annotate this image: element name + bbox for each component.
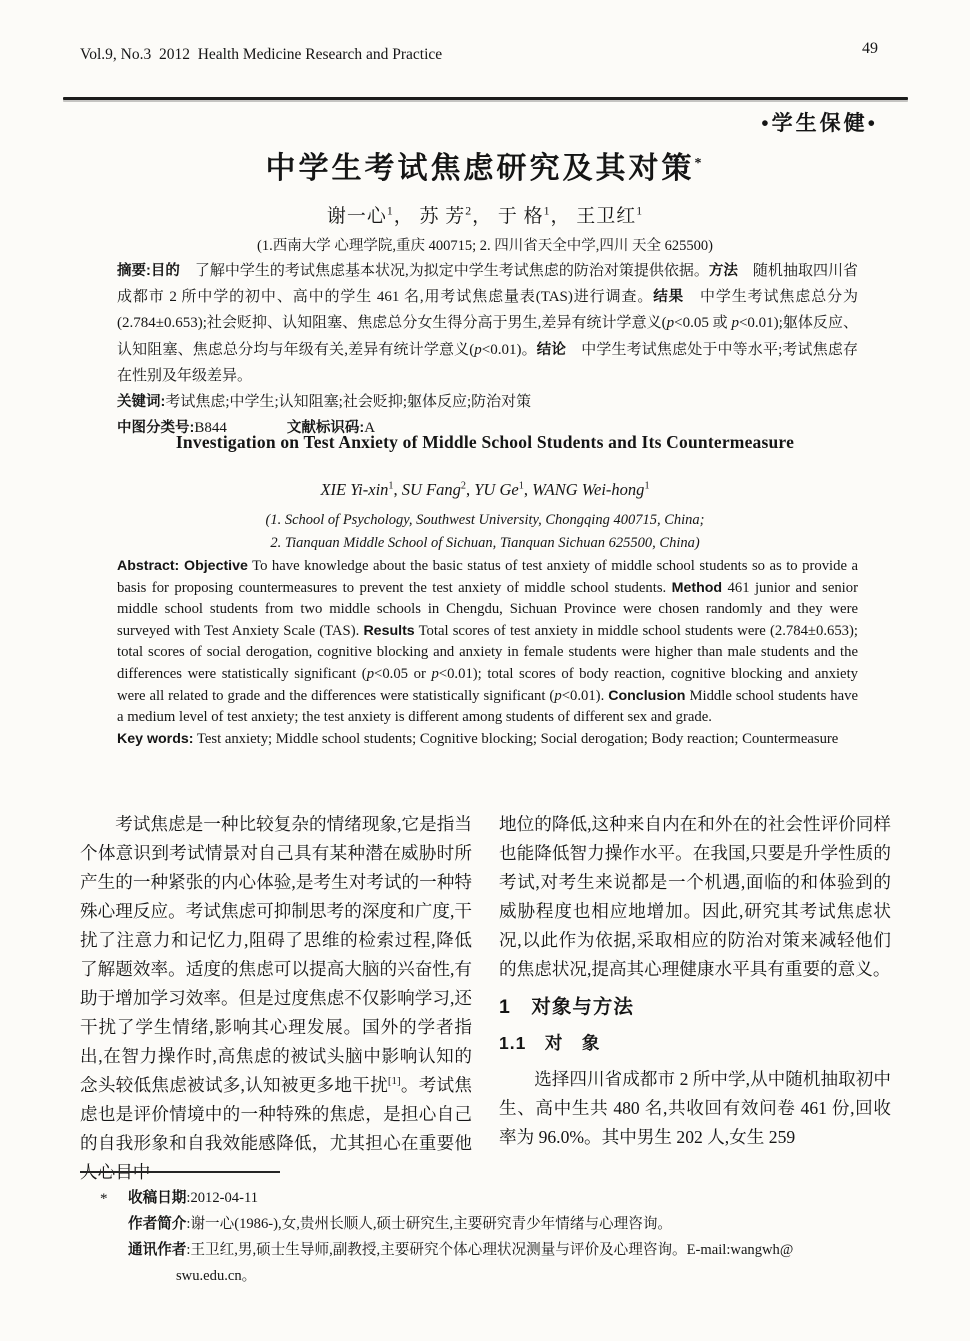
header-rule (63, 97, 908, 100)
intro-paragraph-continuation: 地位的降低,这种来自内在和外在的社会性评价同样也能降低智力操作水平。在我国,只要… (499, 810, 891, 984)
footnote-email-continuation: swu.edu.cn。 (80, 1263, 895, 1289)
scanned-paper-page: { "header": { "journal_line": "Vol.9, No… (0, 0, 970, 1341)
affiliation-cn: (1.西南大学 心理学院,重庆 400715; 2. 四川省天全中学,四川 天全… (0, 234, 970, 255)
affiliation-en-line2: 2. Tianquan Middle School of Sichuan, Ti… (0, 532, 970, 555)
footnote-received-text: 收稿日期:2012-04-11 (128, 1190, 258, 1206)
article-title-en: Investigation on Test Anxiety of Middle … (0, 432, 970, 453)
subjects-paragraph: 选择四川省成都市 2 所中学,从中随机抽取初中生、高中生共 480 名,共收回有… (499, 1065, 891, 1152)
abstract-block-cn: 摘要:目的 了解中学生的考试焦虑基本状况,为拟定中学生考试焦虑的防治对策提供依据… (117, 258, 858, 441)
authors-en: XIE Yi-xin1, SU Fang2, YU Ge1, WANG Wei-… (0, 480, 970, 500)
keywords-en: Key words: Test anxiety; Middle school s… (117, 729, 858, 751)
abstract-block-en: Abstract: Objective To have knowledge ab… (117, 556, 858, 750)
footnote-asterisk: * (100, 1186, 108, 1212)
footnote-received-date: *收稿日期:2012-04-11 (80, 1185, 895, 1211)
abstract-cn-text: 摘要:目的 了解中学生的考试焦虑基本状况,为拟定中学生考试焦虑的防治对策提供依据… (117, 258, 858, 389)
journal-header: Vol.9, No.3 2012 Health Medicine Researc… (80, 46, 892, 64)
footnote-corresponding-author: 通讯作者:王卫红,男,硕士生导师,副教授,主要研究个体心理状况测量与评价及心理咨… (80, 1237, 895, 1263)
journal-volume-line: Vol.9, No.3 2012 Health Medicine Researc… (80, 46, 442, 64)
title-footnote-mark: * (695, 156, 705, 171)
footnote-author-bio: 作者简介:谢一心(1986-),女,贵州长顺人,硕士研究生,主要研究青少年情绪与… (80, 1211, 895, 1237)
footnote-block: *收稿日期:2012-04-11 作者简介:谢一心(1986-),女,贵州长顺人… (80, 1185, 895, 1289)
footnote-rule (80, 1171, 280, 1173)
article-title-text: 中学生考试焦虑研究及其对策 (266, 152, 695, 185)
affiliations-en: (1. School of Psychology, Southwest Univ… (0, 509, 970, 554)
keywords-cn: 关键词:考试焦虑;中学生;认知阻塞;社会贬抑;躯体反应;防治对策 (117, 389, 858, 415)
english-header-block: Investigation on Test Anxiety of Middle … (0, 432, 970, 554)
section-heading-1-1: 1.1 对 象 (499, 1029, 891, 1058)
abstract-en-text: Abstract: Objective To have knowledge ab… (117, 556, 858, 729)
affiliation-en-line1: (1. School of Psychology, Southwest Univ… (0, 509, 970, 532)
body-columns: 考试焦虑是一种比较复杂的情绪现象,它是指当个体意识到考试情景对自己具有某种潜在威… (80, 810, 892, 1187)
section-heading-1: 1 对象与方法 (499, 993, 891, 1022)
article-title-cn: 中学生考试焦虑研究及其对策* (0, 143, 970, 187)
page-number: 49 (862, 40, 892, 58)
intro-paragraph: 考试焦虑是一种比较复杂的情绪现象,它是指当个体意识到考试情景对自己具有某种潜在威… (80, 810, 472, 1187)
authors-cn: 谢一心1， 苏 芳2， 于 格1， 王卫红1 (0, 201, 970, 228)
body-column-left: 考试焦虑是一种比较复杂的情绪现象,它是指当个体意识到考试情景对自己具有某种潜在威… (80, 810, 472, 1187)
body-column-right: 地位的降低,这种来自内在和外在的社会性评价同样也能降低智力操作水平。在我国,只要… (499, 810, 891, 1187)
section-label: •学生保健• (761, 107, 878, 137)
